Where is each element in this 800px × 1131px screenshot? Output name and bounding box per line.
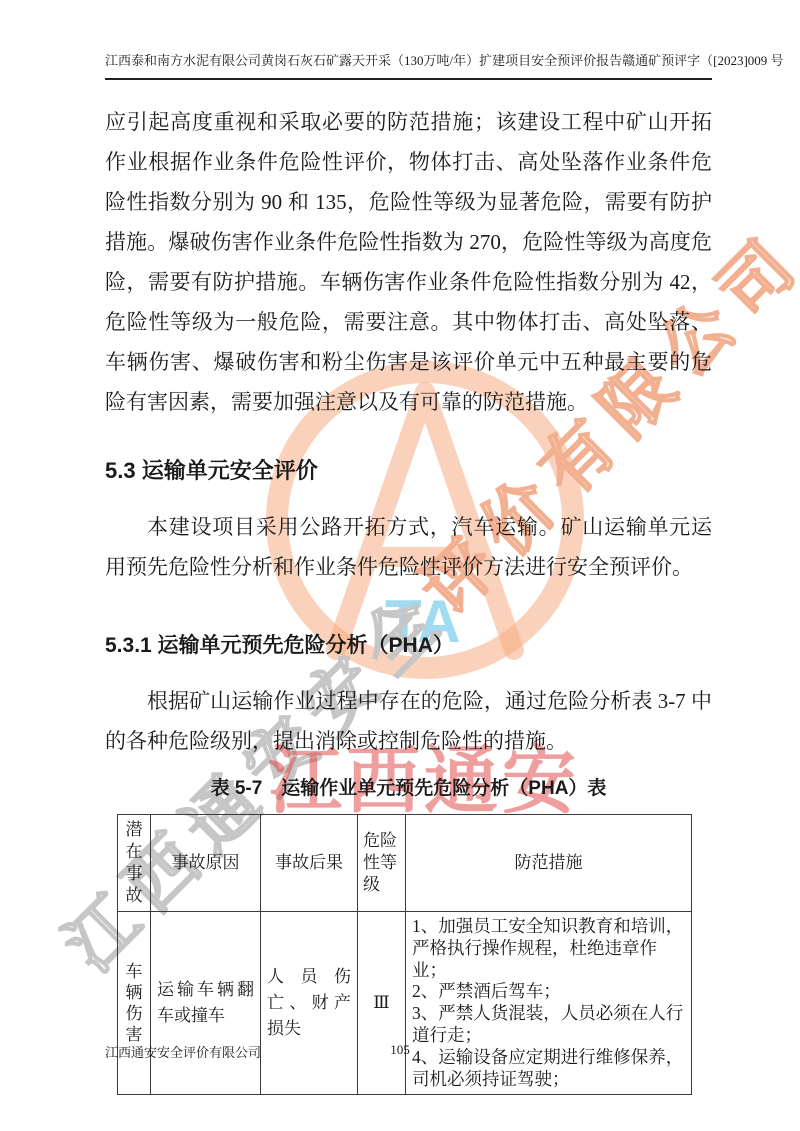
- table-header-risk-level: 危险性等级: [358, 815, 406, 912]
- table-caption: 表 5-7 运输作业单元预先危险分析（PHA）表: [105, 773, 712, 800]
- measure-item: 1、加强员工安全知识教育和培训，严格执行操作规程，杜绝违章作业；: [412, 916, 685, 981]
- header-doc-number: 赣通矿预评字（[2023]009 号: [622, 50, 783, 69]
- page-header: 江西泰和南方水泥有限公司黄岗石灰石矿露天开采（130万吨/年）扩建项目安全预评价…: [105, 50, 712, 80]
- page-content: 江西泰和南方水泥有限公司黄岗石灰石矿露天开采（130万吨/年）扩建项目安全预评价…: [0, 0, 800, 1131]
- section-heading-5-3: 5.3 运输单元安全评价: [105, 454, 712, 485]
- paragraph-pha-intro: 根据矿山运输作业过程中存在的危险，通过危险分析表 3-7 中的各种危险级别，提出…: [105, 681, 712, 761]
- measure-item: 3、严禁人货混装，人员必须在人行道行走；: [412, 1003, 685, 1047]
- paragraph-risk-summary: 应引起高度重视和采取必要的防范措施；该建设工程中矿山开拓作业根据作业条件危险性评…: [105, 102, 712, 422]
- cell-hazard: 车辆伤害: [118, 912, 151, 1095]
- measure-item: 2、严禁酒后驾车；: [412, 981, 685, 1003]
- paragraph-transport-method: 本建设项目采用公路开拓方式，汽车运输。矿山运输单元运用预先危险性分析和作业条件危…: [105, 507, 712, 587]
- table-header-cause: 事故原因: [151, 815, 261, 912]
- table-header-row: 潜在事故 事故原因 事故后果 危险性等级 防范措施: [118, 815, 692, 912]
- table-header-consequence: 事故后果: [261, 815, 358, 912]
- footer-page-number: 105: [0, 1042, 800, 1058]
- table-header-potential-accident: 潜在事故: [118, 815, 151, 912]
- table-header-measures: 防范措施: [406, 815, 692, 912]
- section-heading-5-3-1: 5.3.1 运输单元预先危险分析（PHA）: [105, 629, 712, 659]
- cell-measures: 1、加强员工安全知识教育和培训，严格执行操作规程，杜绝违章作业； 2、严禁酒后驾…: [406, 912, 692, 1095]
- table-row: 车辆伤害 运输车辆翻车或撞车 人员伤亡、财产损失 Ⅲ 1、加强员工安全知识教育和…: [118, 912, 692, 1095]
- cell-cause: 运输车辆翻车或撞车: [151, 912, 261, 1095]
- cell-consequence: 人员伤亡、财产损失: [261, 912, 358, 1095]
- document-page: TA 江西通安安全 评价有限公司 江西通安 江西泰和南方水泥有限公司黄岗石灰石矿…: [0, 0, 800, 1131]
- cell-risk-level: Ⅲ: [358, 912, 406, 1095]
- header-report-title: 江西泰和南方水泥有限公司黄岗石灰石矿露天开采（130万吨/年）扩建项目安全预评价…: [105, 50, 622, 69]
